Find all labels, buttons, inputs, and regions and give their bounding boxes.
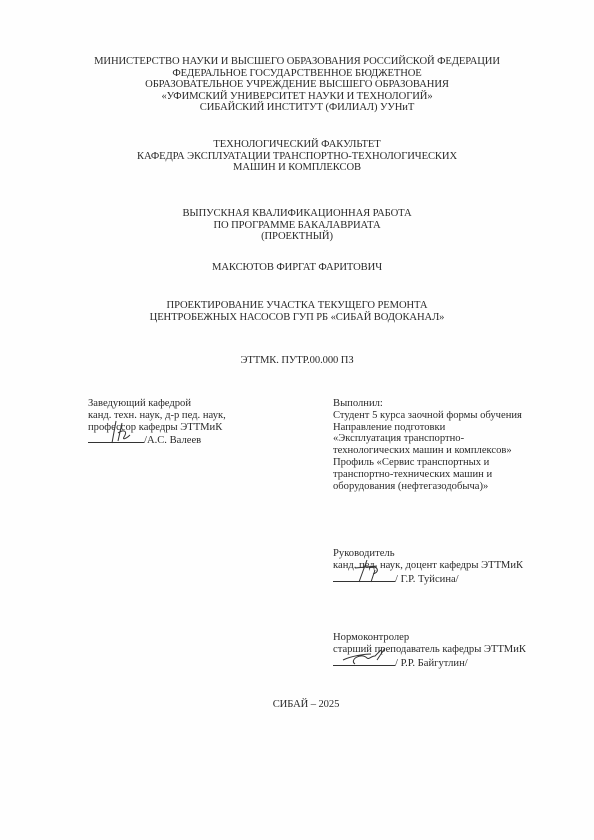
department-line: КАФЕДРА ЭКСПЛУАТАЦИИ ТРАНСПОРТНО-ТЕХНОЛО… [0,151,594,163]
supervisor-block: Руководитель канд. пед. наук, доцент каф… [333,548,523,585]
signature-line [333,572,395,582]
norm-controller-block: Нормоконтролер старший преподаватель каф… [333,632,526,669]
thesis-title: ПРОЕКТИРОВАНИЕ УЧАСТКА ТЕКУЩЕГО РЕМОНТА … [0,300,594,323]
ministry-header: МИНИСТЕРСТВО НАУКИ И ВЫСШЕГО ОБРАЗОВАНИЯ… [0,56,594,114]
author-text: МАКСЮТОВ ФИРГАТ ФАРИТОВИЧ [0,262,594,274]
performer-block: Выполнил: Студент 5 курса заочной формы … [333,398,522,492]
performer-line: Студент 5 курса заочной формы обучения [333,410,522,422]
performer-line: Направление подготовки [333,422,522,434]
performer-line: транспортно-технических машин и [333,469,522,481]
header-line: «УФИМСКИЙ УНИВЕРСИТЕТ НАУКИ И ТЕХНОЛОГИЙ… [0,91,594,103]
header-line: ФЕДЕРАЛЬНОЕ ГОСУДАРСТВЕННОЕ БЮДЖЕТНОЕ [0,68,594,80]
signature-icon [351,558,391,584]
title-line: ЦЕНТРОБЕЖНЫХ НАСОСОВ ГУП РБ «СИБАЙ ВОДОК… [0,312,594,324]
document-page: МИНИСТЕРСТВО НАУКИ И ВЫСШЕГО ОБРАЗОВАНИЯ… [0,0,594,840]
header-line: МИНИСТЕРСТВО НАУКИ И ВЫСШЕГО ОБРАЗОВАНИЯ… [0,56,594,68]
signatory-name: / Р.Р. Байгутлин/ [395,658,468,669]
role-label: Заведующий кафедрой [88,398,226,410]
performer-line: оборудования (нефтегазодобыча)» [333,481,522,493]
head-of-department-block: Заведующий кафедрой канд. техн. наук, д-… [88,398,226,447]
performer-line: «Эксплуатация транспортно- [333,433,522,445]
signature-row: /А.С. Валеев [88,433,226,447]
author-name: МАКСЮТОВ ФИРГАТ ФАРИТОВИЧ [0,262,594,274]
signature-line [333,656,395,666]
work-type-block: ВЫПУСКНАЯ КВАЛИФИКАЦИОННАЯ РАБОТА ПО ПРО… [0,208,594,243]
work-type-line: ПО ПРОГРАММЕ БАКАЛАВРИАТА [0,220,594,232]
code-text: ЭТТМК. ПУТР.00.000 ПЗ [0,355,594,367]
city-year-text: СИБАЙ – 2025 [18,699,594,711]
signature-icon [341,642,389,668]
faculty-line: ТЕХНОЛОГИЧЕСКИЙ ФАКУЛЬТЕТ [0,139,594,151]
performer-line: Профиль «Сервис транспортных и [333,457,522,469]
document-code: ЭТТМК. ПУТР.00.000 ПЗ [0,355,594,367]
signature-line [88,433,144,443]
signature-row: / Р.Р. Байгутлин/ [333,656,526,670]
faculty-block: ТЕХНОЛОГИЧЕСКИЙ ФАКУЛЬТЕТ КАФЕДРА ЭКСПЛУ… [0,139,594,174]
signatory-name: / Г.Р. Туйсина/ [395,574,459,585]
work-type-line: (ПРОЕКТНЫЙ) [0,231,594,243]
signatory-name: /А.С. Валеев [144,435,201,446]
role-label: Выполнил: [333,398,522,410]
city-year: СИБАЙ – 2025 [0,699,594,711]
signature-icon [102,419,142,445]
title-line: ПРОЕКТИРОВАНИЕ УЧАСТКА ТЕКУЩЕГО РЕМОНТА [0,300,594,312]
work-type-line: ВЫПУСКНАЯ КВАЛИФИКАЦИОННАЯ РАБОТА [0,208,594,220]
department-line: МАШИН И КОМПЛЕКСОВ [0,162,594,174]
header-line: ОБРАЗОВАТЕЛЬНОЕ УЧРЕЖДЕНИЕ ВЫСШЕГО ОБРАЗ… [0,79,594,91]
signature-row: / Г.Р. Туйсина/ [333,572,523,586]
performer-line: технологических машин и комплексов» [333,445,522,457]
header-line: СИБАЙСКИЙ ИНСТИТУТ (ФИЛИАЛ) УУНиТ [0,102,594,114]
